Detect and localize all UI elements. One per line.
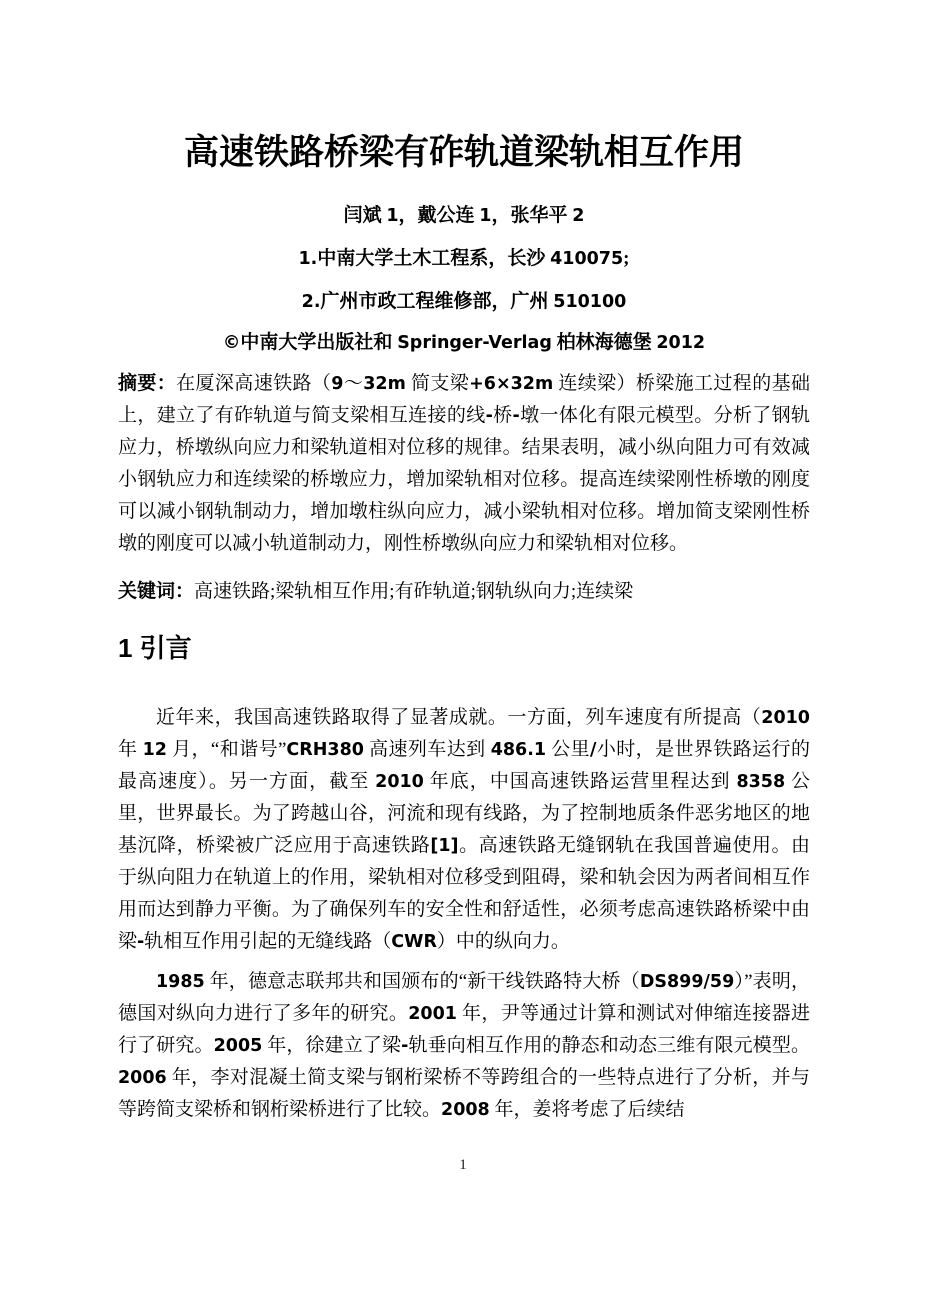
page-content: 高速铁路桥梁有砟轨道梁轨相互作用 闫斌 1，戴公连 1，张华平 2 1.中南大学… [118,0,810,1126]
abstract-label: 摘要： [118,373,176,394]
affiliation-2: 2.广州市政工程维修部，广州 510100 [118,289,810,315]
abstract-text: 在厦深高速铁路（9～32m 简支梁+6×32m 连续梁）桥梁施工过程的基础上，建… [118,373,810,554]
keywords-paragraph: 关键词：高速铁路;梁轨相互作用;有砟轨道;钢轨纵向力;连续梁 [118,576,810,608]
section-1-paragraph-2: 1985 年，德意志联邦共和国颁布的“新干线铁路特大桥（DS899/59）”表明… [118,966,810,1126]
page-number: 1 [0,1155,926,1175]
authors-line: 闫斌 1，戴公连 1，张华平 2 [118,203,810,229]
abstract-paragraph: 摘要：在厦深高速铁路（9～32m 简支梁+6×32m 连续梁）桥梁施工过程的基础… [118,368,810,560]
keywords-text: 高速铁路;梁轨相互作用;有砟轨道;钢轨纵向力;连续梁 [194,581,633,602]
paper-title: 高速铁路桥梁有砟轨道梁轨相互作用 [118,130,810,176]
section-1-paragraph-1: 近年来，我国高速铁路取得了显著成就。一方面，列车速度有所提高（2010 年 12… [118,702,810,958]
section-1-heading: 1 引言 [118,630,810,666]
keywords-label: 关键词： [118,581,194,602]
document-page: 高速铁路桥梁有砟轨道梁轨相互作用 闫斌 1，戴公连 1，张华平 2 1.中南大学… [0,0,926,1309]
affiliation-1: 1.中南大学土木工程系，长沙 410075; [118,246,810,272]
copyright-line: ©中南大学出版社和 Springer-Verlag 柏林海德堡 2012 [118,330,810,356]
